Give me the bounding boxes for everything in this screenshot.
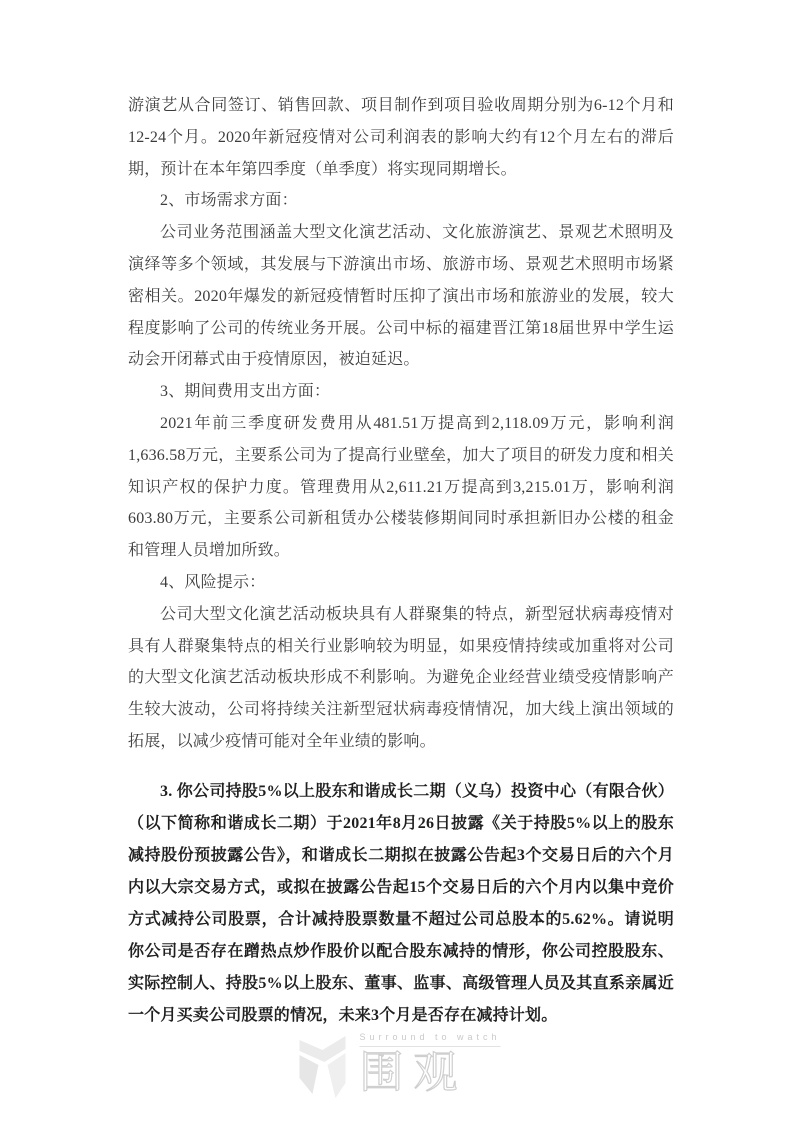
- watermark-brand: 围观: [359, 1049, 500, 1097]
- body-paragraph-market-demand: 公司业务范围涵盖大型文化演艺活动、文化旅游演艺、景观艺术照明及演绎等多个领域，其…: [128, 217, 674, 376]
- watermark: Surround to watch 围观: [299, 1032, 500, 1098]
- watermark-tagline: Surround to watch: [359, 1032, 500, 1047]
- body-paragraph-period-expense: 2021年前三季度研发费用从481.51万提高到2,118.09万元，影响利润1…: [128, 408, 674, 567]
- section-heading-risk-warning: 4、风险提示：: [128, 567, 674, 599]
- section-heading-market-demand: 2、市场需求方面：: [128, 185, 674, 217]
- body-paragraph-risk-warning: 公司大型文化演艺活动板块具有人群聚集的特点，新型冠状病毒疫情对具有人群聚集特点的…: [128, 599, 674, 758]
- watermark-text-block: Surround to watch 围观: [359, 1032, 500, 1097]
- body-paragraph-continuation: 游演艺从合同签订、销售回款、项目制作到项目验收周期分别为6-12个月和12-24…: [128, 90, 674, 185]
- document-body: 游演艺从合同签订、销售回款、项目制作到项目验收周期分别为6-12个月和12-24…: [128, 90, 674, 1032]
- watermark-logo-icon: [299, 1036, 345, 1098]
- document-page: 游演艺从合同签订、销售回款、项目制作到项目验收周期分别为6-12个月和12-24…: [0, 0, 800, 1131]
- question-paragraph-shareholder-reduction: 3. 你公司持股5%以上股东和谐成长二期（义乌）投资中心（有限合伙）（以下简称和…: [128, 776, 674, 1032]
- section-heading-period-expense: 3、期间费用支出方面：: [128, 376, 674, 408]
